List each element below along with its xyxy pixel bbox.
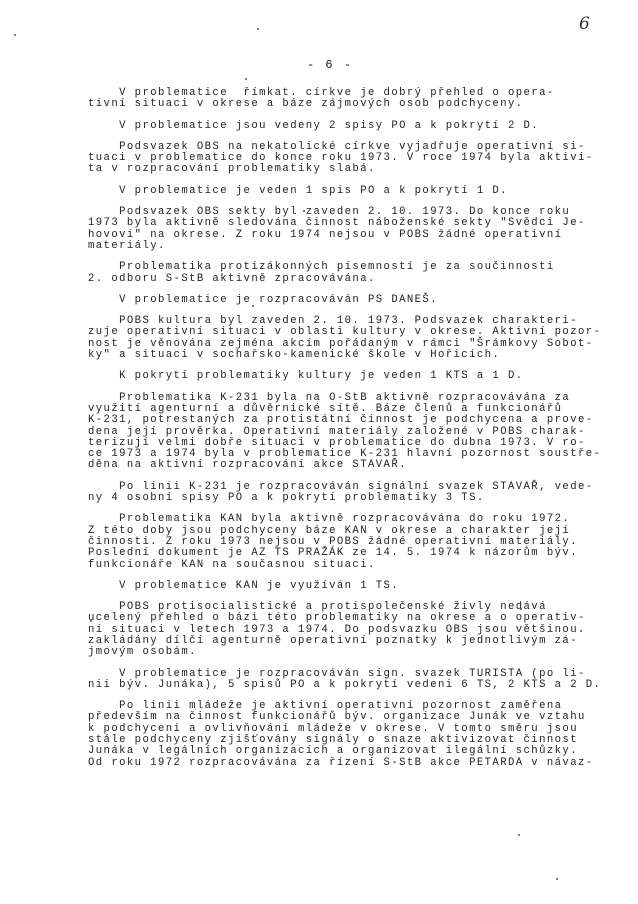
text-line: Od roku 1972 rozpracovávána za řízení S-… <box>88 758 588 769</box>
text-line: Poslední dokument je AZ TS PRAŽÁK ze 14.… <box>88 548 588 559</box>
paragraph: V problematice jsou vedeny 2 spisy PO a … <box>88 121 588 132</box>
document-body: V problematice římkat. církve je dobrý p… <box>88 88 588 779</box>
text-line: tivní situaci v okrese a báze zájmových … <box>88 99 588 110</box>
text-line: ky" a situaci v sochařsko-kamenické škol… <box>88 350 588 361</box>
handwritten-page-number: 6 <box>579 14 590 34</box>
scan-speck <box>303 210 305 212</box>
paragraph: V problematice KAN je využíván 1 TS. <box>88 581 588 592</box>
paragraph: V problematice je veden 1 spis PO a k po… <box>88 186 588 197</box>
text-line: Problematika KAN byla aktivně rozpracová… <box>88 514 588 525</box>
page-number: - 6 - <box>0 58 638 72</box>
text-line: 1973 byla aktivně sledována činnost nábo… <box>88 218 588 229</box>
scan-speck <box>257 28 259 30</box>
text-line: K-231, potrestaných za protistátní činno… <box>88 415 588 426</box>
text-line: ucelený přehled o bázi této problematiky… <box>88 613 588 624</box>
paragraph: V problematice je rozpracováván sign. sv… <box>88 669 588 692</box>
scan-speck <box>520 608 522 610</box>
paragraph: V problematice římkat. církve je dobrý p… <box>88 88 588 111</box>
paragraph: POBS kultura byl zaveden 2. 10. 1973. Po… <box>88 316 588 361</box>
paragraph: Problematika KAN byla aktivně rozpracová… <box>88 514 588 570</box>
text-line: V problematice je rozpracováván PS DANEŠ… <box>88 295 588 306</box>
text-line: K pokrytí problematiky kultury je veden … <box>88 371 588 382</box>
scan-speck <box>580 630 582 632</box>
text-line: ny 4 osobní spisy PO a k pokrytí problem… <box>88 493 588 504</box>
text-line: V problematice KAN je využíván 1 TS. <box>88 581 588 592</box>
paragraph: Po linii K-231 je rozpracováván signální… <box>88 482 588 505</box>
text-line: děna na aktivní rozpracování akce STAVAŘ… <box>88 460 588 471</box>
scan-speck <box>518 834 520 836</box>
paragraph: Problematika protizákonných písemností j… <box>88 262 588 285</box>
text-line: funkcionáře KAN na současnou situaci. <box>88 560 588 571</box>
scan-speck <box>556 878 558 880</box>
scan-speck <box>14 34 16 36</box>
text-line: V problematice jsou vedeny 2 spisy PO a … <box>88 121 588 132</box>
text-line: Problematika protizákonných písemností j… <box>88 262 588 273</box>
document-page: 6 - 6 - V problematice římkat. církve je… <box>0 0 638 904</box>
paragraph: POBS protisocialistické a protispolečens… <box>88 602 588 658</box>
paragraph: V problematice je rozpracováván PS DANEŠ… <box>88 295 588 306</box>
text-line: V problematice je veden 1 spis PO a k po… <box>88 186 588 197</box>
paragraph: Podsvazek OBS na nekatolické církve vyja… <box>88 142 588 176</box>
text-line: materiály. <box>88 241 588 252</box>
paragraph: Po linii mládeže je aktivní operativní p… <box>88 701 588 769</box>
scan-speck <box>252 305 254 307</box>
paragraph: K pokrytí problematiky kultury je veden … <box>88 371 588 382</box>
paragraph: Problematika K-231 byla na O-StB aktivně… <box>88 393 588 472</box>
text-line: nii býv. Junáka), 5 spisů PO a k pokrytí… <box>88 680 588 691</box>
scan-speck <box>245 78 247 80</box>
text-line: Junáka v legálních organizacích a organi… <box>88 746 588 757</box>
scan-speck <box>90 620 92 622</box>
text-line: 2. odboru S-StB aktivně zpracovávána. <box>88 274 588 285</box>
text-line: ta v rozpracování problematiky slabá. <box>88 164 588 175</box>
text-line: jmovým osobám. <box>88 647 588 658</box>
paragraph: Podsvazek OBS sekty byl zaveden 2. 10. 1… <box>88 207 588 252</box>
